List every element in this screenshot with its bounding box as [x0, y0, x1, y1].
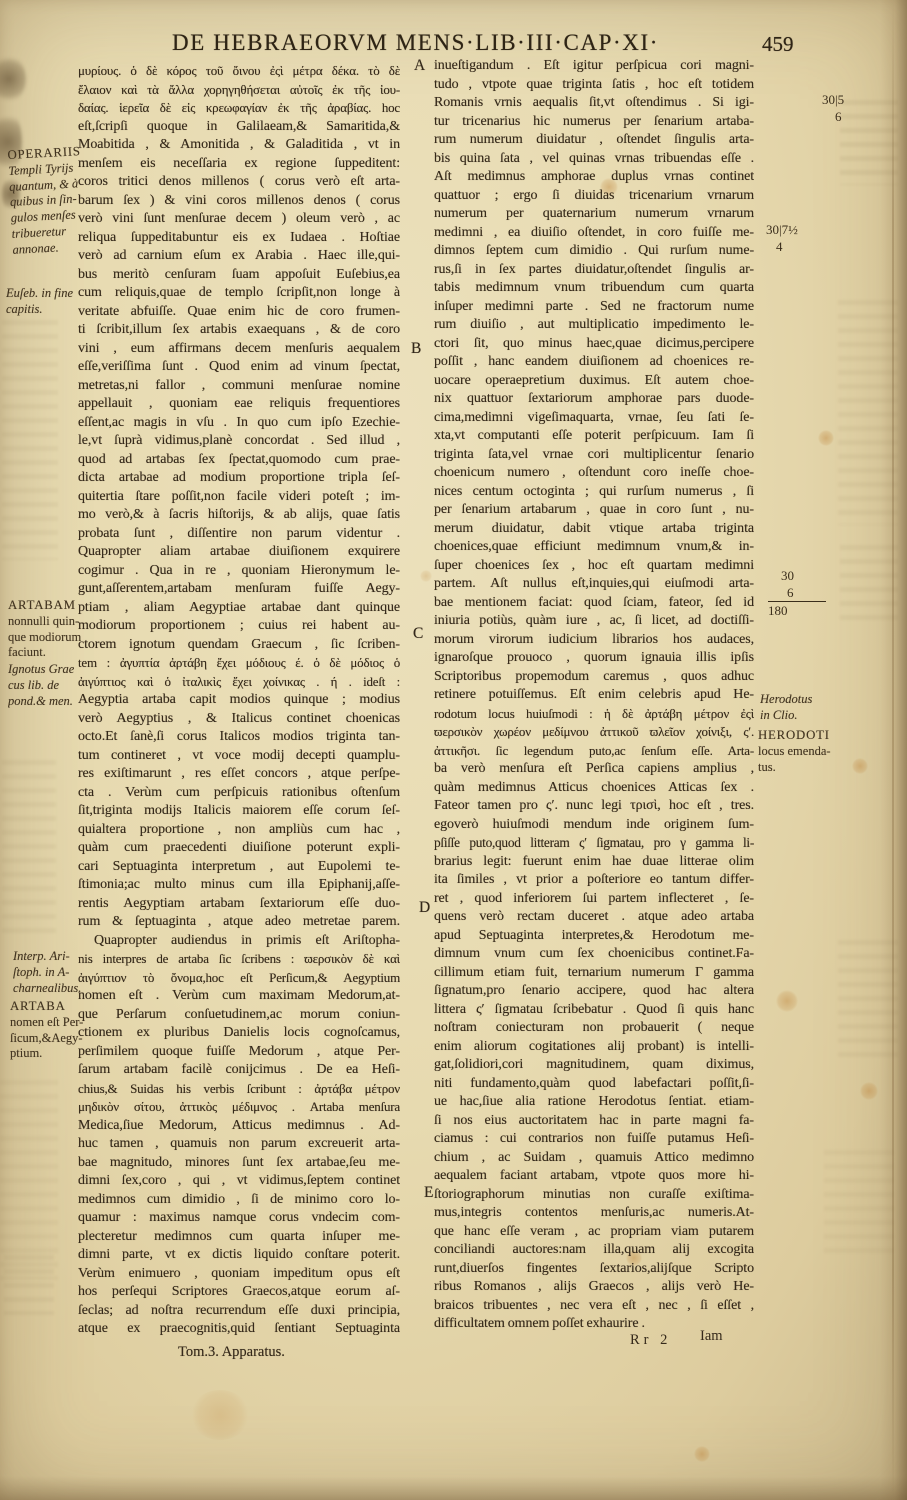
- text-line: choenicum numero , oſtendunt coro ineſſe…: [434, 464, 754, 483]
- text-line: eſſent,ac magis in vſu . In quo cum ipſo…: [78, 414, 400, 433]
- section-letter-d: D: [419, 899, 430, 917]
- text-line: tum contineret , vt voce modij decepti q…: [78, 747, 400, 766]
- left-column-text: μυρίους. ὁ δὲ κόρος τοῦ ὄινου ἐςὶ μέτρα …: [78, 62, 400, 1339]
- text-line: bae mentionem faciat: quod ſciam, fateor…: [434, 594, 754, 613]
- ink-blotch: [0, 55, 26, 103]
- margin-note-interp-aristoph-ref: Interp. Ari-ſtoph. in A-charnealibus.: [13, 949, 81, 996]
- text-line: ſtimonia;ac multo minus cum illa Epiphan…: [78, 876, 400, 895]
- text-line: Moabitida , & Amonitida , & Galaditida ,…: [78, 136, 400, 155]
- text-line: littera ς′ ſigmatau ſcribebatur . Quod ſ…: [434, 1001, 754, 1020]
- text-line: mus,integris contentos menſuris,ac numer…: [434, 1204, 754, 1223]
- foxing-stain: [860, 1082, 878, 1100]
- text-line: egoverò huiuſmodi mendum inde originem ſ…: [434, 816, 754, 835]
- text-line: mo verò,& à ſacris hiſtorijs, & ab alijs…: [78, 506, 400, 525]
- text-line: enim aliorum cogitationes alij probant) …: [434, 1038, 754, 1057]
- text-line: rentis Aegyptiam artabam ſextariorum eſſ…: [78, 895, 400, 914]
- computation-line: 180: [768, 601, 826, 620]
- computation-line: 6: [822, 109, 844, 126]
- text-line: cogimur . Qua in re , quoniam Hieronymum…: [78, 562, 400, 581]
- margin-note-ignotus-graecus-ref: Ignotus Graecus lib. depond.& men.: [8, 662, 74, 709]
- text-line: triginta ſata,vel vrnae cori multiplicen…: [434, 446, 754, 465]
- foxing-stain: [420, 570, 432, 582]
- text-line: quens verò rectam duceret . atque adeo a…: [434, 908, 754, 927]
- text-line: poſſit , hanc eandem diuiſionem ad choen…: [434, 353, 754, 372]
- margin-note-herodotus-in-clio: Herodotusin Clio.: [760, 692, 812, 724]
- text-line: ſi nos eius auctoritatem hac in parte ma…: [434, 1112, 754, 1131]
- text-line: iniuria potiùs, quàm iure , ac, ſi licet…: [434, 612, 754, 631]
- text-line: ſtoriographorum minutias non curaſſe exi…: [434, 1186, 754, 1205]
- section-letter-e: E: [424, 1184, 433, 1202]
- text-line: Romanis vrnis aequalis ſit,vt oſtendimus…: [434, 94, 754, 113]
- text-line: bis quina ſata , vel quinas vrnas tribue…: [434, 150, 754, 169]
- text-line: cima,medimni vigeſimaquarta, vrnae, ſeu …: [434, 409, 754, 428]
- text-line: Medica,ſiue Medorum, Atticus medimnus . …: [78, 1117, 400, 1136]
- text-line: barum ſex ) & vini coros millenos denos …: [78, 192, 400, 211]
- text-line: quamur : maximus namque corus vndecim co…: [78, 1209, 400, 1228]
- text-line: tur tricenarius hic numerus per ſenarium…: [434, 113, 754, 132]
- margin-note-line: ſtoph. in A-: [13, 965, 81, 981]
- margin-note-line: locus emenda-: [758, 744, 831, 760]
- margin-computation-1: 30|56: [822, 92, 844, 125]
- text-line: Quapropter audiendus in primis eſt Ariſt…: [78, 932, 400, 951]
- text-line: dimnum vnum cum ſex choenicibus continet…: [434, 945, 754, 964]
- margin-note-line: ptium.: [10, 1046, 83, 1062]
- text-line: rus,ſi in ſex partes diuidatur,oſtendet …: [434, 261, 754, 280]
- text-line: perſimilem quoque fuiſſe Medorum , atque…: [78, 1043, 400, 1062]
- margin-note-line: ſicum,&Aegy-: [10, 1031, 83, 1047]
- text-line: medimnos cum dimidio , ſi de minimo coro…: [78, 1191, 400, 1210]
- text-line: cillimum etiam fuit, ternarium numerum Γ…: [434, 964, 754, 983]
- margin-note-line: cus lib. de: [8, 678, 74, 694]
- foxing-stain: [852, 758, 868, 774]
- margin-note-herodoti-locus: HERODOTIlocus emenda-tus.: [758, 728, 831, 775]
- margin-note-line: nonnulli quin-: [8, 614, 81, 630]
- text-line: veritate abfuiſſe. Quae enim hic de coro…: [78, 303, 400, 322]
- text-line: ſit,triginta modijs Italicis maiorem eſſ…: [78, 802, 400, 821]
- margin-note-line: HERODOTI: [758, 728, 831, 744]
- text-line: per ſenarium artabarum , quae in coro ſu…: [434, 501, 754, 520]
- text-line: eſſe,veriſſima ſunt . Quod enim ad vinum…: [78, 358, 400, 377]
- text-line: nomen eſt . Verùm cum maximam Medorum,at…: [78, 987, 400, 1006]
- text-line: merum diuidatur, dabit vtique artaba tri…: [434, 520, 754, 539]
- foxing-stain: [190, 1390, 250, 1440]
- signature-mark: Rr 2: [630, 1332, 671, 1349]
- text-line: xta,vt computanti eſſe poterit perſpicuu…: [434, 427, 754, 446]
- text-line: ἀιγύπτιον τὸ ὄνομα,hoc eſt Perſicum,& Ae…: [78, 969, 400, 988]
- text-line: ue hac,ſiue alia ratione Herodotus ſenti…: [434, 1093, 754, 1112]
- text-line: nix quattuor ſextariorum amphorae pars d…: [434, 390, 754, 409]
- margin-note-artabam: ARTABAMnonnulli quin-que modiorumfaciunt…: [8, 598, 81, 661]
- margin-note-line: annonae.: [12, 239, 86, 259]
- text-line: braicos tribuentes , nec vera eſt , nec …: [434, 1297, 754, 1316]
- text-line: reliqua ſuppeditabuntur eis ex Iudaea . …: [78, 229, 400, 248]
- text-line: medimni , ea diuiſio oſtendet, in coro f…: [434, 224, 754, 243]
- text-line: Scriptoribus propemodum caremus , quos a…: [434, 668, 754, 687]
- text-line: pſiſſe puto,quod litteram ς′ ſigmatau, p…: [434, 834, 754, 853]
- margin-note-line: tus.: [758, 760, 831, 776]
- text-line: retinere potuiſſemus. Eſt enim celebris …: [434, 686, 754, 705]
- text-line: bus meritò cenſuram ſuam appoſuit Euſebi…: [78, 266, 400, 285]
- text-line: probata ſunt , diſſentire non parum vide…: [78, 525, 400, 544]
- text-line: bae magnitudo, minores ſunt ſex artabae,…: [78, 1154, 400, 1173]
- text-line: Quapropter aliam artabae diuiſionem exqu…: [78, 543, 400, 562]
- margin-note-line: charnealibus.: [13, 981, 81, 997]
- text-line: cta . Verùm cum perſpicuis rationibus oſ…: [78, 784, 400, 803]
- show-through-ghost: [2, 320, 58, 560]
- show-through-ghost: [2, 760, 56, 940]
- text-line: morum virorum iudicium librarios hos aud…: [434, 631, 754, 650]
- text-line: appellauit , quoniam eae reliquis freque…: [78, 395, 400, 414]
- text-line: ignaroſque prouoco , quorum ignauia illi…: [434, 649, 754, 668]
- foxing-stain: [694, 1446, 710, 1462]
- text-line: atque ex praecognitis,quid ſentiant Sept…: [78, 1320, 400, 1339]
- show-through-ghost: [0, 1080, 58, 1280]
- text-line: quàm cum praecedenti diuiſione poterunt …: [78, 839, 400, 858]
- computation-line: 6: [768, 585, 826, 602]
- text-line: ſeclas; ad noſtra recurrendum eſſe duxi …: [78, 1302, 400, 1321]
- section-letter-b: B: [411, 340, 421, 358]
- margin-note-line: Euſeb. in fine: [6, 286, 73, 302]
- text-line: ſarum artabam facilè conijcimus . De ea …: [78, 1061, 400, 1080]
- margin-note-line: nomen eſt Per-: [10, 1015, 83, 1031]
- text-line: res exiſtimarunt , res eſſet concors , a…: [78, 765, 400, 784]
- text-line: verò vini ſunt menſurae decem ) oleum ve…: [78, 210, 400, 229]
- text-line: gat,ſolidiori,cori magnitudinem, quam di…: [434, 1056, 754, 1075]
- text-line: le,vt ſuprà vidimus,planè concordat . Se…: [78, 432, 400, 451]
- margin-note-line: Herodotus: [760, 692, 812, 708]
- text-line: Aegyptia artaba capit modios quinque ; m…: [78, 691, 400, 710]
- text-line: metretas,ni fallor , communi menſurae no…: [78, 377, 400, 396]
- text-line: quitertia ſtare poſſit,non facile videri…: [78, 488, 400, 507]
- text-line: noſtram coniecturam non probauerit ( neq…: [434, 1019, 754, 1038]
- text-line: rum numerum diuidatur , oſtendet ſinguli…: [434, 131, 754, 150]
- text-line: ἀττικῆσι. ſic legendum puto,ac ſenſum eſ…: [434, 742, 754, 761]
- text-line: modiorum proportionem ; cuius rei habent…: [78, 617, 400, 636]
- text-line: dimni ſex,coro , qui , vt vidimus,ſeptem…: [78, 1172, 400, 1191]
- book-page-scan: DE HEBRAEORVM MENS·LIB·III·CAP·XI· 459 A…: [0, 0, 907, 1500]
- text-line: que Perſarum conſuetudinem,ac morum coni…: [78, 1006, 400, 1025]
- text-line: verò Aegyptius , & Italicus continet cho…: [78, 710, 400, 729]
- computation-line: 30: [768, 568, 826, 585]
- text-line: runt,diuerſos fingentes ſextarios,alijſq…: [434, 1260, 754, 1279]
- text-line: verò ad carnium eſum ex Arabia . Haec il…: [78, 247, 400, 266]
- section-letter-c: C: [413, 625, 423, 643]
- text-line: nices centum octoginta ; qui rurſum nume…: [434, 483, 754, 502]
- text-line: rum & ſeptuaginta , atque adeo metretae …: [78, 913, 400, 932]
- text-line: octo.Et ſanè,ſi corus Italicos modios tr…: [78, 728, 400, 747]
- computation-line: 30|5: [822, 92, 844, 109]
- text-line: eſt,ſcripſi quoque in Galilaeam,& Samari…: [78, 118, 400, 137]
- text-line: hos perſequi Scriptores Graecos,atque eo…: [78, 1283, 400, 1302]
- text-line: ctori ſit, quo minus haec,quae dicimus,p…: [434, 335, 754, 354]
- text-line: ita ſimiles , vt prior a poſteriore eo t…: [434, 871, 754, 890]
- foxing-stain: [818, 430, 834, 446]
- text-line: quattuor ; ergo ſi diuidas tricenarium v…: [434, 187, 754, 206]
- margin-note-line: ARTABA: [10, 999, 83, 1015]
- text-line: choenices,quae efficiunt medimnum vnum,&…: [434, 538, 754, 557]
- text-line: quàm medimnus Atticus choenices Atticas …: [434, 779, 754, 798]
- text-line: numerum per quaternarium numerum vrnarum: [434, 205, 754, 224]
- text-line: tem : ἀγυπτία ἀρτάβη ἔχει μόδιους έ. ὁ δ…: [78, 654, 400, 673]
- text-line: Fateor tamen pro ς′. nunc legi τρισὶ, ho…: [434, 797, 754, 816]
- text-line: δαίας. ἱερεῖα δὲ εἰς κρεωφαγίαν ἐκ τῆς ἀ…: [78, 99, 400, 118]
- margin-note-eusebius-ref: Euſeb. in finecapitis.: [6, 286, 73, 318]
- text-line: huc tamen , quamuis non parum excreuerit…: [78, 1135, 400, 1154]
- text-line: uocare operaepretium duximus. Eſt autem …: [434, 372, 754, 391]
- show-through-ghost: [4, 1255, 54, 1315]
- text-line: ἔλαιον καὶ τὰ ἄλλα χορηγηθήσεται αὐτοῖς …: [78, 81, 400, 100]
- text-line: ba verò menſura eſt Perſica capiens ampl…: [434, 760, 754, 779]
- margin-note-operariis: OPERARIISTempli Tyrijsquantum, & àquibus…: [7, 144, 86, 258]
- text-line: dimnos ſeptem cum dimidio . Qui rurſum n…: [434, 242, 754, 261]
- text-line: quialtera proportione , non ampliùs cum …: [78, 821, 400, 840]
- text-line: niti fundamento,quàm quod labefactari po…: [434, 1075, 754, 1094]
- text-line: Aſt medimnus amphorae duplus vrnas conti…: [434, 168, 754, 187]
- text-line: dicta artabae ad modium proportione trip…: [78, 469, 400, 488]
- text-line: menſem eis neceſſaria ex regione ſuppedi…: [78, 155, 400, 174]
- text-line: inſuper medimni parte . Sed ne fractorum…: [434, 298, 754, 317]
- text-line: tabis medimnum vnum tribuendum cum quart…: [434, 279, 754, 298]
- text-line: ctorem ignotum quendam Graecum , ſic ſcr…: [78, 636, 400, 655]
- text-line: ciamus : cui contrarios non fuiſſe putam…: [434, 1130, 754, 1149]
- computation-line: 30|7½: [766, 222, 798, 239]
- margin-note-artaba-nomen: ARTABAnomen eſt Per-ſicum,&Aegy-ptium.: [10, 999, 83, 1062]
- text-line: tudo , vtpote quae triginta ſatis , hoc …: [434, 76, 754, 95]
- right-column-text: inueſtigandum . Eſt igitur perſpicua cor…: [434, 57, 754, 1334]
- catchword: Iam: [700, 1328, 723, 1345]
- margin-note-line: ARTABAM: [8, 598, 81, 614]
- text-line: ctionem ex pluribus Danielis locis cogno…: [78, 1024, 400, 1043]
- volume-footer-line: Tom.3. Apparatus.: [178, 1344, 285, 1361]
- running-title: DE HEBRAEORVM MENS·LIB·III·CAP·XI·: [78, 30, 753, 56]
- margin-note-line: faciunt.: [8, 645, 81, 661]
- text-line: ſuper choenices ſex , hoc eſt quartam me…: [434, 557, 754, 576]
- text-line: coros tritici denos millenos ( corus ver…: [78, 173, 400, 192]
- text-line: aequalem faciant artabam, vtpote quos mo…: [434, 1167, 754, 1186]
- page-number: 459: [762, 32, 794, 57]
- margin-note-line: que modiorum: [8, 630, 81, 646]
- text-line: quod ad artabas ſex ſpectat,quomodo cum …: [78, 451, 400, 470]
- text-line: ret , quod inferiorem ſui partem inflect…: [434, 890, 754, 909]
- margin-computation-2: 30|7½4: [766, 222, 798, 255]
- text-line: cari Septuaginta interpretum , aut Eupol…: [78, 858, 400, 877]
- text-line: gunt,aſſerentem,artabam menſuram fuiſſe …: [78, 580, 400, 599]
- text-line: conciliandi auctores:nam illa,quam alij …: [434, 1241, 754, 1260]
- text-line: chium , ac Suidam , quamuis Attico medim…: [434, 1149, 754, 1168]
- margin-note-line: in Clio.: [760, 708, 812, 724]
- text-line: rum diuiſio , aut multiplicatio impedime…: [434, 316, 754, 335]
- text-line: apud Septuaginta interpretes,& Herodotum…: [434, 927, 754, 946]
- margin-note-line: pond.& men.: [8, 694, 74, 710]
- text-line: ſignatum,pro ſenario accipere, quod hac …: [434, 982, 754, 1001]
- text-line: brarius legit: fuerunt enim hae duae lit…: [434, 853, 754, 872]
- margin-note-line: capitis.: [6, 302, 73, 318]
- text-line: ϖερσικὸν χωρέον μεδίμνου ἀττικοῦ ϖλεῖον …: [434, 723, 754, 742]
- text-line: chius,& Suidas his verbis ſcribunt : ἀρτ…: [78, 1080, 400, 1099]
- text-line: que hanc eſſe veram , ac propriam viam p…: [434, 1223, 754, 1242]
- foxing-stain: [776, 990, 798, 1012]
- text-line: plecteretur medimnos cum quarta inſuper …: [78, 1228, 400, 1247]
- margin-computation-3: 306180: [768, 568, 826, 620]
- text-line: inueſtigandum . Eſt igitur perſpicua cor…: [434, 57, 754, 76]
- text-line: ti ſcribit,illum ſex artabis exaequans ,…: [78, 321, 400, 340]
- text-line: ptiam , aliam Aegyptiae artabae dant qui…: [78, 599, 400, 618]
- computation-line: 4: [766, 239, 798, 256]
- text-line: nis interpres de artaba ſic ſcribens : ϖ…: [78, 950, 400, 969]
- text-line: dimni parte, vt ex dictis liquido conſta…: [78, 1246, 400, 1265]
- text-line: ἀιγύπτιος καὶ ὁ ἰταλικὶς ἔχει χοίνικας .…: [78, 673, 400, 692]
- text-line: vini , eum affirmans decem menſuris aequ…: [78, 340, 400, 359]
- text-line: μυρίους. ὁ δὲ κόρος τοῦ ὄινου ἐςὶ μέτρα …: [78, 62, 400, 81]
- margin-note-line: Ignotus Grae: [8, 662, 74, 678]
- text-line: Verùm enimuero , quoniam impeditum opus …: [78, 1265, 400, 1284]
- margin-note-line: Interp. Ari-: [13, 949, 81, 965]
- section-letter-a: A: [414, 57, 425, 75]
- page-crease: [892, 0, 894, 1500]
- text-line: partem. Aſt nullus eſt,inquies,qui eiuſm…: [434, 575, 754, 594]
- text-line: rodotum locus huiuſmodi : ἡ δὲ ἀρτάβη μέ…: [434, 705, 754, 724]
- text-line: μηδικὸν σίτου, ἀττικὸς μέδιμνος . Artaba…: [78, 1098, 400, 1117]
- text-line: ribus Romanos , alijs Graecos , alijs ve…: [434, 1278, 754, 1297]
- text-line: cum reliquis,quae de templo ſcripſit,non…: [78, 284, 400, 303]
- bottom-edge-shadow: [0, 1476, 907, 1500]
